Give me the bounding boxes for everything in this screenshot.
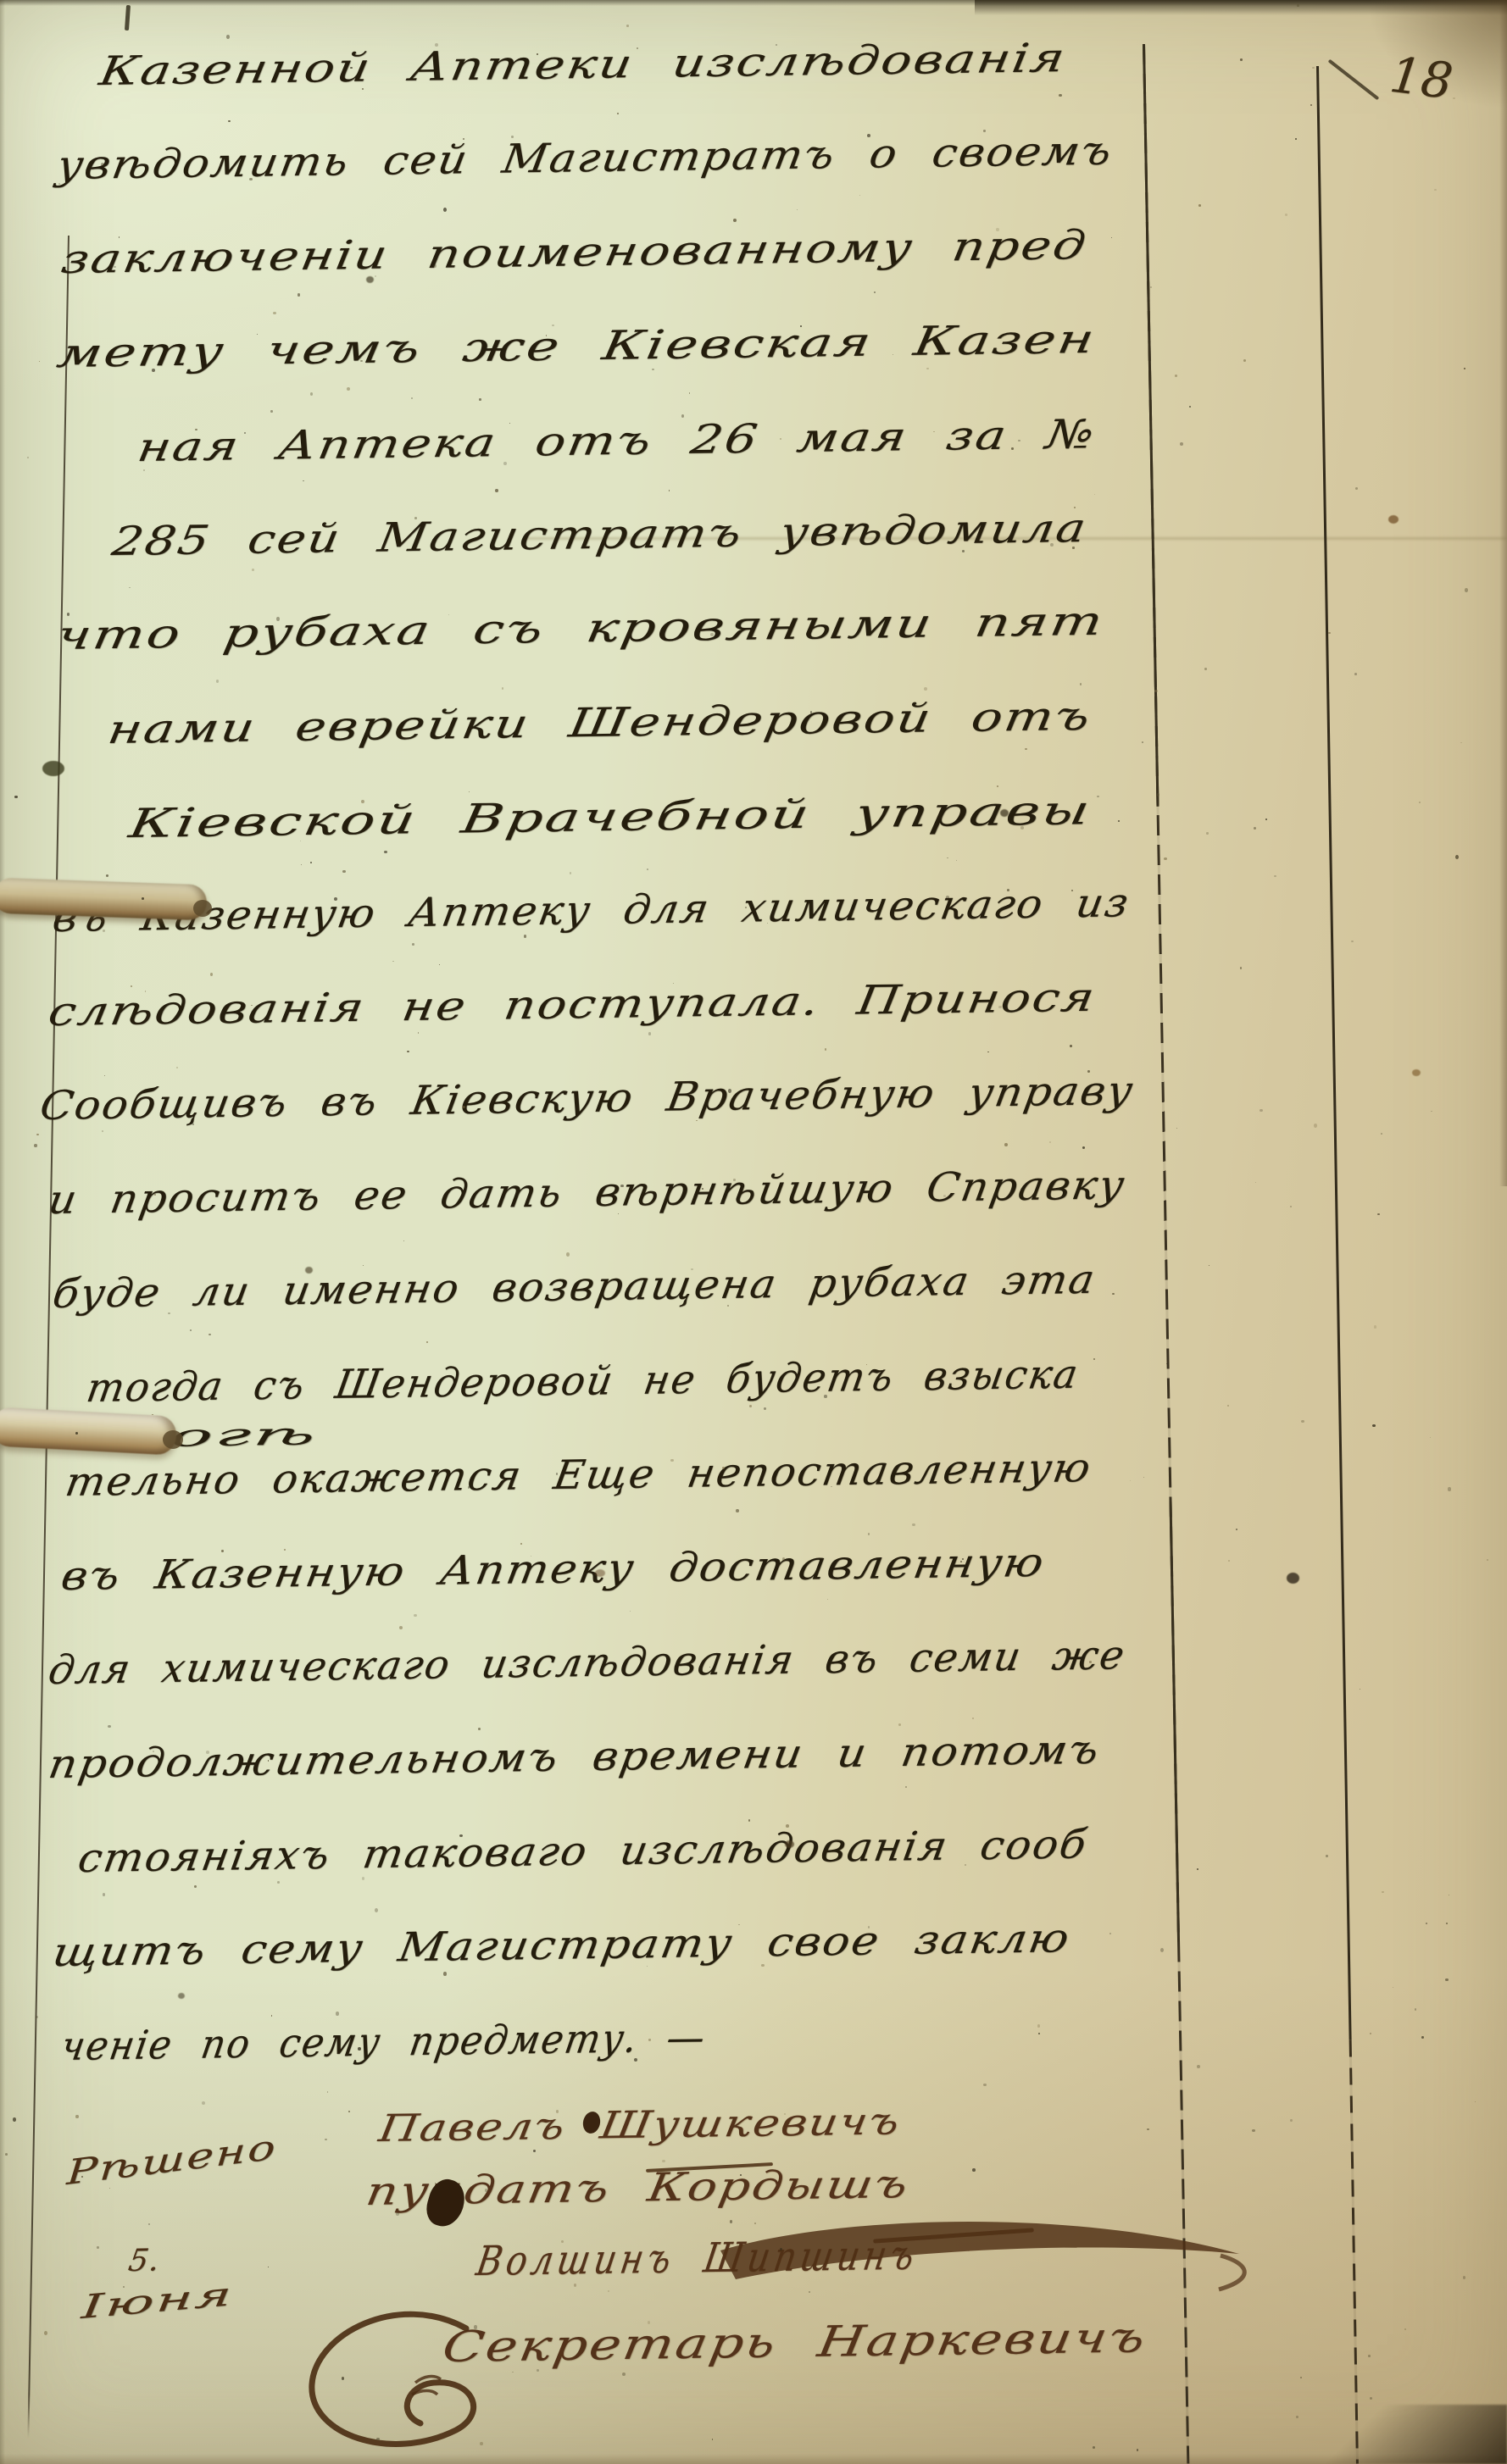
- body-line: заключеніи поименованному пред: [58, 223, 1091, 283]
- body-line: продолжительномъ времени и потомъ: [45, 1728, 1104, 1788]
- inner-right-margin-rule: [1143, 44, 1189, 2464]
- signature-flourish-loop: [288, 2301, 517, 2464]
- body-line: и проситъ ее дать вѣрнѣйшую Справку: [45, 1163, 1129, 1224]
- body-line: въ Казенную Аптеку доставленную: [58, 1540, 1048, 1600]
- left-margin-rule: [27, 236, 70, 2439]
- signature-line: Секретарь Наркевичъ: [439, 2313, 1150, 2372]
- page-number: 18: [1387, 46, 1456, 110]
- signature-flourish-swoosh: [712, 2201, 1254, 2311]
- body-line: мету чемъ же Кіевская Казен: [53, 317, 1099, 377]
- manuscript-page: 18 Казенной Аптеки изслѣдованія увѣдомит…: [0, 0, 1507, 2464]
- body-line: Казенной Аптеки изслѣдованія: [96, 36, 1070, 95]
- body-line: увѣдомить сей Магистратъ о своемъ: [53, 129, 1116, 190]
- binding-thread-upper: [0, 878, 208, 921]
- body-line: 285 сей Магистратъ увѣдомила: [108, 506, 1091, 565]
- body-line: въ Казенную Аптеку для химическаго из: [49, 880, 1133, 941]
- body-line: Сообщивъ въ Кіевскую Врачебную управу: [36, 1068, 1137, 1129]
- page-edge-bottom: [0, 2454, 1507, 2464]
- margin-note-month: Іюня: [80, 2276, 235, 2327]
- thread-tip-lower: [163, 1430, 183, 1449]
- page-edge-right: [1499, 0, 1507, 1186]
- body-line: ная Аптека отъ 26 мая за №: [134, 412, 1099, 471]
- signature-line: Павелъ Шушкевичъ: [375, 2101, 904, 2150]
- body-line: слѣдованія не поступала. Принося: [45, 975, 1099, 1035]
- outer-right-margin-rule: [1316, 66, 1359, 2464]
- body-line: буде ли именно возвращена рубаха эта: [49, 1257, 1099, 1318]
- body-line: тельно окажется Еще непоставленную: [62, 1446, 1095, 1506]
- binding-thread-lower: [0, 1407, 177, 1455]
- margin-note-day: 5.: [126, 2243, 164, 2278]
- page-edge-left: [0, 0, 5, 2464]
- body-line: ченіе по сему предмету. —: [58, 2015, 709, 2070]
- margin-note-word: Рѣшено: [66, 2128, 279, 2193]
- body-line: что рубаха съ кровяными пят: [53, 599, 1108, 659]
- body-line: Кіевской Врачебной управы: [125, 788, 1095, 847]
- page-corner-shadow-bottom-right: [1287, 2405, 1507, 2464]
- body-line: тогда съ Шендеровой не будетъ взыска: [83, 1352, 1082, 1412]
- body-line: стояніяхъ таковаго изслѣдованія сооб: [75, 1822, 1091, 1882]
- top-ink-tick: [125, 5, 131, 31]
- body-line: щитъ сему Магистрату свое заклю: [49, 1916, 1074, 1976]
- body-line: нами еврейки Шендеровой отъ: [104, 694, 1095, 753]
- thread-tip-upper: [193, 900, 212, 917]
- body-line: для химическаго изслѣдованія въ семи же: [45, 1633, 1129, 1694]
